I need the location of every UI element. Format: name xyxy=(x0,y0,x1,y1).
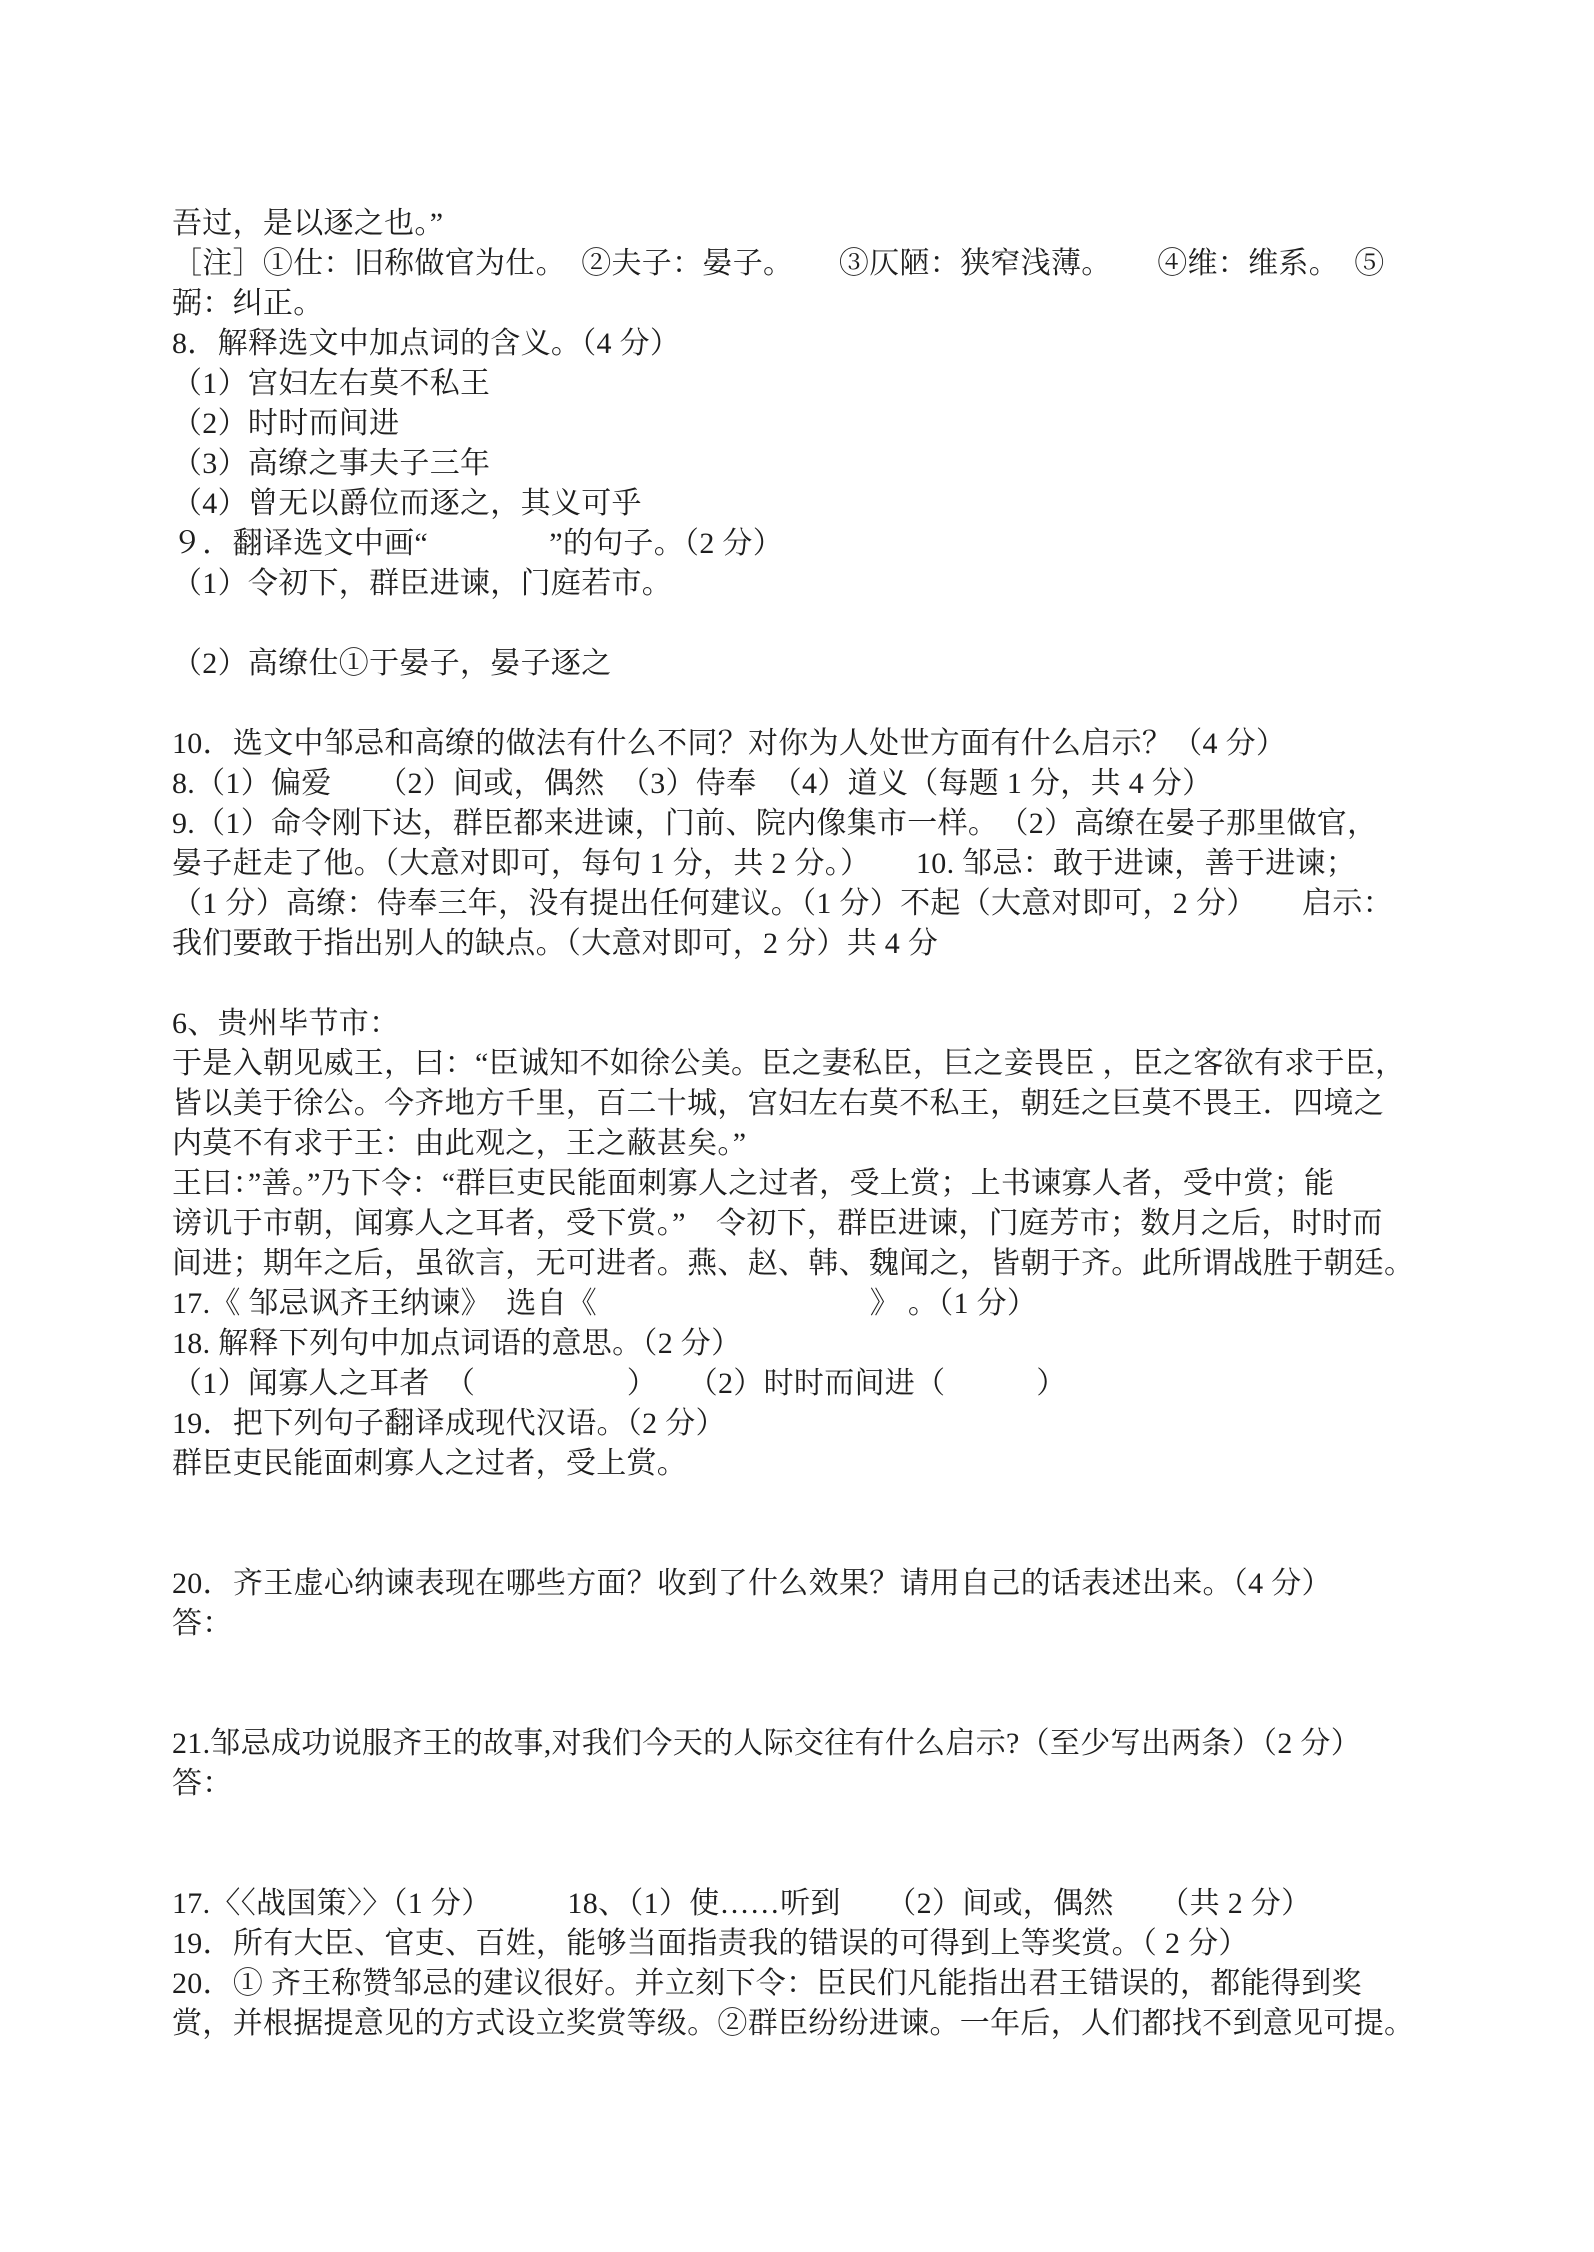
text-line-question-17: 17.《 邹忌讽齐王纳谏》 选自《 》 。（1 分） xyxy=(172,1284,1472,1324)
text-line-answer-prompt: 答： xyxy=(172,1604,1472,1644)
text-line-question-8: 8．解释选文中加点词的含义。（4 分） xyxy=(172,324,1472,364)
text-line-answer-9: 9.（1）命令刚下达，群臣都来进谏，门前、院内像集市一样。 （2）高缭在晏子那里… xyxy=(172,804,1472,844)
text-line-answer-prompt: 答： xyxy=(172,1764,1472,1804)
text-line-passage: 于是入朝见威王，曰：“臣诚知不如徐公美。臣之妻私臣，巨之妾畏臣 ，臣之客欲有求于… xyxy=(172,1044,1472,1084)
text-line: 群臣吏民能面刺寡人之过者，受上赏。 xyxy=(172,1444,1472,1484)
blank-line xyxy=(172,604,1472,644)
text-line-passage: 间进；期年之后，虽欲言，无可进者。燕、赵、韩、魏闻之，皆朝于齐。此所谓战胜于朝廷… xyxy=(172,1244,1472,1284)
text-line-passage: 内莫不有求于王：由此观之，王之蔽甚矣。” xyxy=(172,1124,1472,1164)
text-line: （1）宫妇左右莫不私王 xyxy=(172,364,1472,404)
text-line: （1 分）高缭：侍奉三年，没有提出任何建议。（1 分）不起（大意对即可，2 分）… xyxy=(172,884,1472,924)
text-line-passage: 王曰：”善。”乃下令：“群巨吏民能面刺寡人之过者，受上赏；上书谏寡人者，受中赏；… xyxy=(172,1164,1472,1204)
text-line-note: ［注］①仕：旧称做官为仕。 ②夫子：晏子。 ③仄陋：狭窄浅薄。 ④维：维系。 ⑤ xyxy=(172,244,1472,284)
blank-line xyxy=(172,1644,1472,1684)
text-line: 吾过，是以逐之也。” xyxy=(172,204,1472,244)
blank-line xyxy=(172,964,1472,1004)
text-line: 赏，并根据提意见的方式设立奖赏等级。②群臣纷纷进谏。一年后，人们都找不到意见可提… xyxy=(172,2004,1472,2044)
blank-line xyxy=(172,1684,1472,1724)
text-line: （3）高缭之事夫子三年 xyxy=(172,444,1472,484)
document-text-block: 吾过，是以逐之也。” ［注］①仕：旧称做官为仕。 ②夫子：晏子。 ③仄陋：狭窄浅… xyxy=(172,204,1472,2044)
text-line: （2）时时而间进 xyxy=(172,404,1472,444)
blank-line xyxy=(172,1524,1472,1564)
text-line-passage: 皆以美于徐公。今齐地方千里，百二十城，宫妇左右莫不私王，朝廷之巨莫不畏王．四境之 xyxy=(172,1084,1472,1124)
text-line-note: 弼：纠正。 xyxy=(172,284,1472,324)
blank-line xyxy=(172,684,1472,724)
text-line-answer-20: 20．① 齐王称赞邹忌的建议很好。并立刻下令：臣民们凡能指出君王错误的，都能得到… xyxy=(172,1964,1472,2004)
text-line: 晏子赶走了他。（大意对即可，每句 1 分，共 2 分。） 10. 邹忌：敢于进谏… xyxy=(172,844,1472,884)
blank-line xyxy=(172,1804,1472,1844)
text-line-question-9: ９．翻译选文中画“ ”的句子。（2 分） xyxy=(172,524,1472,564)
text-line-question-20: 20．齐王虚心纳谏表现在哪些方面？收到了什么效果？请用自己的话表述出来。（4 分… xyxy=(172,1564,1472,1604)
text-line-answer-8: 8.（1）偏爱 （2）间或，偶然 （3）侍奉 （4）道义（每题 1 分，共 4 … xyxy=(172,764,1472,804)
text-line-question-21: 21.邹忌成功说服齐王的故事,对我们今天的人际交往有什么启示?（至少写出两条）（… xyxy=(172,1724,1472,1764)
blank-line xyxy=(172,1484,1472,1524)
text-line-passage: 谤讥于市朝，闻寡人之耳者，受下赏。” 令初下，群臣进谏，门庭芳市；数月之后，时时… xyxy=(172,1204,1472,1244)
text-line: 我们要敢于指出别人的缺点。（大意对即可，2 分）共 4 分 xyxy=(172,924,1472,964)
blank-line xyxy=(172,1844,1472,1884)
text-line: （4）曾无以爵位而逐之，其义可乎 xyxy=(172,484,1472,524)
document-page: 吾过，是以逐之也。” ［注］①仕：旧称做官为仕。 ②夫子：晏子。 ③仄陋：狭窄浅… xyxy=(0,0,1594,2252)
text-line: （2）高缭仕①于晏子，晏子逐之 xyxy=(172,644,1472,684)
text-line-answer-19: 19．所有大臣、官吏、百姓，能够当面指责我的错误的可得到上等奖赏。（ 2 分） xyxy=(172,1924,1472,1964)
text-line-question-10: 10．选文中邹忌和高缭的做法有什么不同？对你为人处世方面有什么启示？（4 分） xyxy=(172,724,1472,764)
text-line-question-19: 19．把下列句子翻译成现代汉语。（2 分） xyxy=(172,1404,1472,1444)
text-line-section-6: 6、贵州毕节市： xyxy=(172,1004,1472,1044)
text-line: （1）闻寡人之耳者 （ ） （2）时时而间进（ ） xyxy=(172,1364,1472,1404)
text-line-answer-17-18: 17.〈〈战国策〉〉（1 分） 18、（1）使……听到 （2）间或，偶然 （共 … xyxy=(172,1884,1472,1924)
text-line-question-18: 18. 解释下列句中加点词语的意思。（2 分） xyxy=(172,1324,1472,1364)
text-line: （1）令初下，群臣进谏，门庭若市。 xyxy=(172,564,1472,604)
